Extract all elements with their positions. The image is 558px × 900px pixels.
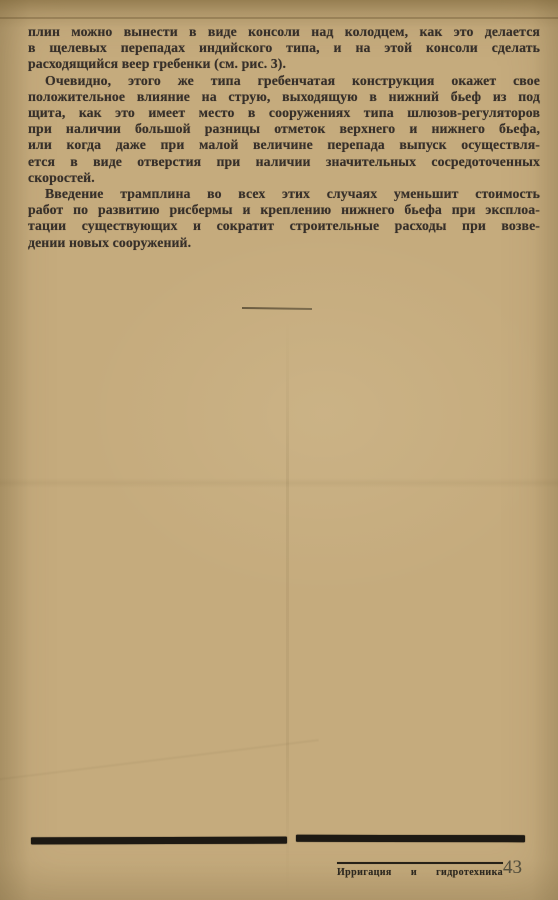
body-line: тации существующих и сократит строительн… [28, 218, 540, 234]
running-footer: Ирригация и гидротехника [337, 862, 503, 878]
body-line: скоростей. [28, 170, 540, 186]
body-line: дении новых сооружений. [28, 235, 540, 251]
bottom-heavy-rule-right [296, 835, 525, 842]
body-line: в щелевых перепадах индийского типа, и н… [28, 40, 540, 56]
body-line: расходящийся веер гребенки (см. рис. 3). [28, 56, 540, 72]
section-divider-dash [242, 307, 312, 309]
journal-title: Ирригация и гидротехника [337, 867, 503, 878]
paper-crease-horizontal [0, 478, 558, 488]
footer-rule [337, 862, 503, 865]
body-line: ется в виде отверстия при наличии значит… [28, 154, 540, 170]
paper-crease-diagonal [0, 738, 319, 786]
page-number: 43 [503, 858, 522, 877]
scanned-book-page: плин можно вынести в виде консоли над ко… [0, 0, 558, 900]
body-line: Введение трамплина во всех этих случаях … [28, 186, 540, 202]
body-line: или когда даже при малой величине перепа… [28, 137, 540, 153]
body-line: при наличии большой разницы отметок верх… [28, 121, 540, 137]
page-top-edge-line [0, 17, 558, 19]
body-line: щита, как это имеет место в сооружениях … [28, 105, 540, 121]
body-text-block: плин можно вынести в виде консоли над ко… [28, 24, 540, 251]
body-line: плин можно вынести в виде консоли над ко… [28, 24, 540, 40]
bottom-heavy-rule-left [31, 836, 287, 843]
body-line: работ по развитию рисбермы и креплению н… [28, 202, 540, 218]
paper-crease-vertical [286, 320, 289, 895]
body-line: Очевидно, этого же типа гребенчатая конс… [28, 73, 540, 89]
body-line: положительное влияние на струю, выходящу… [28, 89, 540, 105]
